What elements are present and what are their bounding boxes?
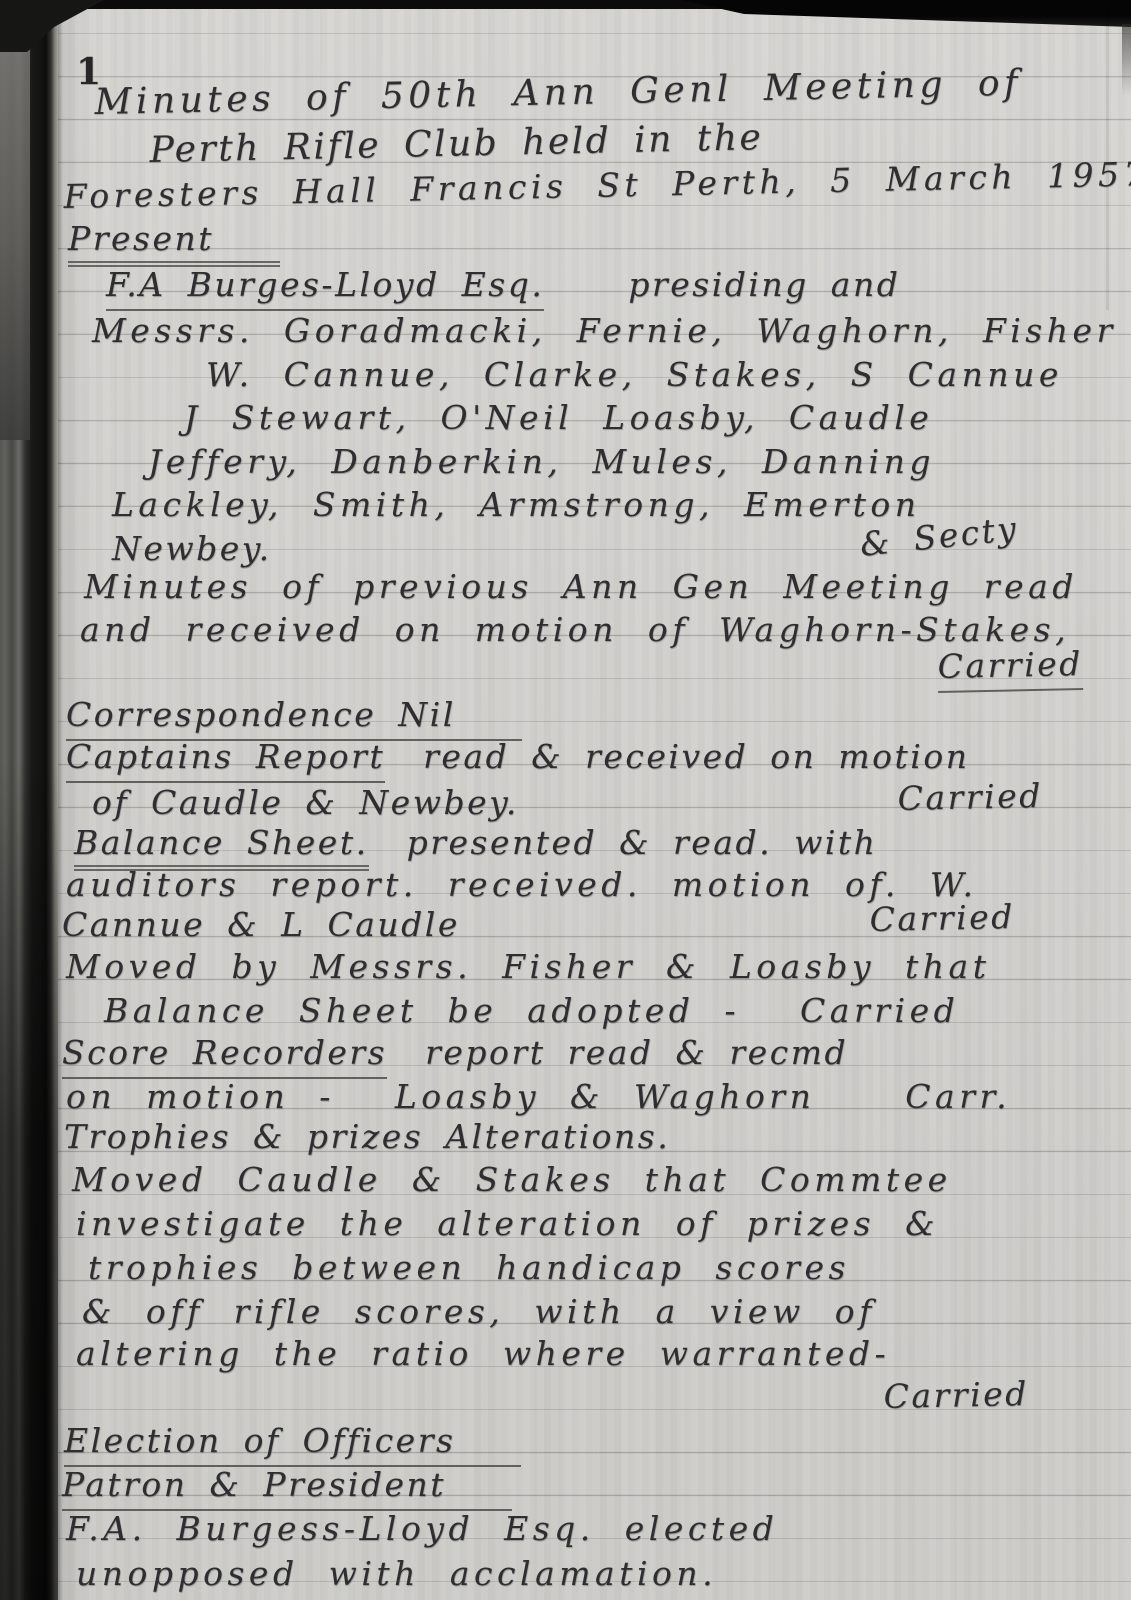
committee-motion-line: Moved Caudle & Stakes that Commtee [72,1163,952,1198]
binding-highlight [0,0,30,440]
trophies-line: Trophies & prizes Alterations. [64,1120,670,1155]
election-result-line: unopposed with acclamation. [76,1557,717,1592]
scanned-minutes-page: 1 Minutes of 50th Ann Genl Meeting of Pe… [0,0,1131,1600]
carried-annotation: Carried [897,779,1043,817]
chairman-name: F.A Burges-Lloyd Esq. [106,265,544,311]
attendees-line: J Stewart, O'Neil Loasby, Caudle [184,401,933,436]
committee-motion-line: & off rifle scores, with a view of [82,1295,876,1330]
balance-sheet-line: Cannue & L Caudle [62,908,460,943]
carried-annotation: Carried [869,900,1015,938]
score-recorders-text: report read & recmd [425,1033,848,1072]
chairman-role: presiding and [628,265,900,304]
heading-score-recorders: Score Recorders [62,1033,387,1079]
heading-underline: Present [68,219,280,267]
captains-report-text: read & received on motion [423,737,969,776]
score-recorders-line: on motion - Loasby & Waghorn Carr. [66,1080,1011,1115]
score-recorders-line: Score Recordersreport read & recmd [62,1036,848,1071]
heading-balance-sheet: Balance Sheet. [74,823,369,871]
carried-underline: Carried [937,644,1083,693]
carried-annotation: Carried [937,647,1083,685]
heading-captains-report: Captains Report [66,737,385,783]
captains-report-line: Captains Reportread & received on motion [66,740,969,775]
heading-underline: Correspondence Nil [66,695,522,741]
committee-motion-line: trophies between handicap scores [88,1251,850,1286]
committee-motion-line: altering the ratio where warranted- [76,1337,890,1372]
attendees-line: W. Cannue, Clarke, Stakes, S Cannue [206,358,1063,393]
minutes-motion-line: Minutes of previous Ann Gen Meeting read [84,570,1078,605]
captains-report-line: of Caudle & Newbey. [92,786,519,821]
attendees-line: Jeffery, Danberkin, Mules, Danning [148,445,935,480]
attendees-line: Newbey. [112,532,272,567]
adoption-motion-line: Moved by Messrs. Fisher & Loasby that [66,950,990,985]
heading-underline: Patron & President [62,1465,512,1511]
balance-sheet-line: auditors report. received. motion of. W. [66,868,978,903]
carried-annotation: Carried [883,1377,1029,1415]
election-result-line: F.A. Burgess-Lloyd Esq. elected [66,1512,778,1547]
heading-patron-president: Patron & President [62,1468,512,1503]
attendees-line: Lackley, Smith, Armstrong, Emerton [112,488,921,523]
right-edge-mark [1122,24,1131,96]
heading-present: Present [68,222,280,257]
heading-correspondence: Correspondence Nil [66,698,522,733]
balance-sheet-text: presented & read. with [407,823,878,862]
adoption-motion-line: Balance Sheet be adopted - Carried [104,994,959,1029]
chairman-line: F.A Burges-Lloyd Esq.presiding and [106,268,900,303]
binding-shadow [0,760,58,1600]
committee-motion-line: investigate the alteration of prizes & [76,1207,939,1242]
balance-sheet-line: Balance Sheet.presented & read. with [74,826,877,861]
heading-election-of-officers: Election of Officers [64,1424,521,1459]
heading-underline: Election of Officers [64,1421,521,1467]
attendees-line: Messrs. Goradmacki, Fernie, Waghorn, Fis… [92,314,1117,349]
minutes-motion-line: and received on motion of Waghorn-Stakes… [80,613,1070,648]
